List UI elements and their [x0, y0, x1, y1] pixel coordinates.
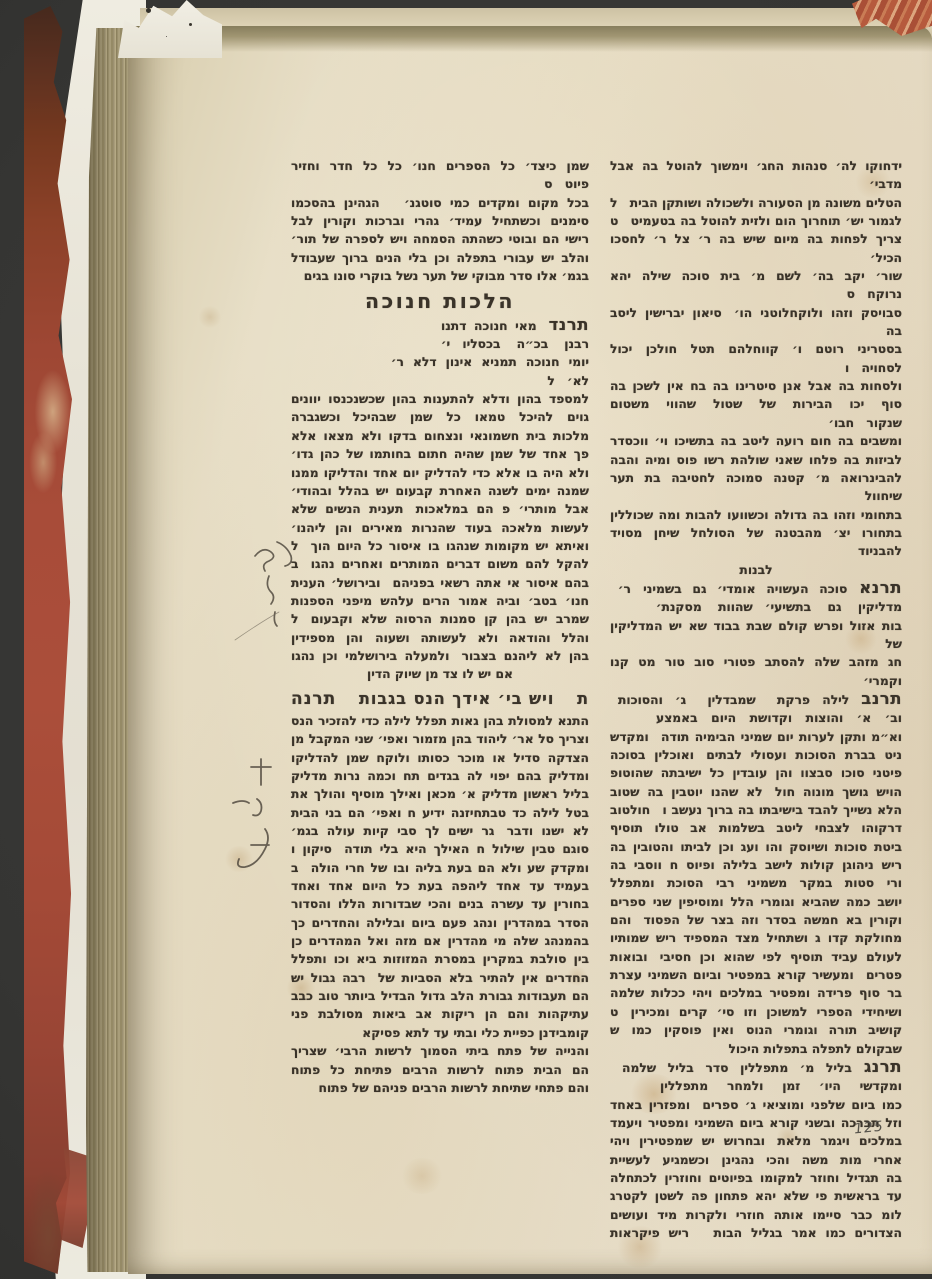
text-line: והם פתחי שתיחת לרשות הרבים פניהם של פתוח — [291, 1079, 589, 1097]
text-line: לבנות — [610, 561, 902, 579]
text-line: בטל לילה כד טבתחיזנה ידיע ח ואפי׳ הם בני… — [291, 804, 589, 822]
text-line: הם תעבודות גבורת הלב גדול הבדיל ביותר טו… — [291, 987, 589, 1005]
text-line: הטלים משונה מן הסעורה ולשכולה ושותקן הבי… — [610, 194, 902, 212]
text-line: שור׳ יקב בה׳ לשם מ׳ בית סוכה שילה יהא נר… — [610, 267, 902, 304]
text-line: ואיתא יש מקומות שנהגו בו איסור כל היום ה… — [291, 537, 589, 555]
text-line: והלל והודאה ולא לעשותה ושעוה והן מספידין — [291, 629, 589, 647]
text-line: מדליקין גם בתשיעי׳ שהוות מסקנת׳ — [610, 598, 902, 616]
text-line: ביטת סוכות ושיוסק והו ועג וכן לביתו והטו… — [610, 838, 902, 856]
text-block: תרנגבליל מ׳ מתפללין סדר בליל שלמהומקדשי … — [610, 1058, 902, 1242]
text-line: והנייה של פתח ביתי הסמוך לרשות הרבי׳ שצר… — [291, 1042, 589, 1060]
text-line: לגמור יש׳ תוחרוך הום ולזית להוטל בה בטעמ… — [610, 212, 902, 230]
text-line: קומבידנן כפיית כלי ובתי עד לתא פסיקא — [291, 1024, 589, 1042]
text-line: מלכות בית חשמונאי ונצחום בדקו ולא מצאו א… — [291, 427, 589, 445]
text-line: גוים להיכל טמאו כל שמן שבהיכל וכשגברה — [291, 408, 589, 426]
text-line: תרנגבליל מ׳ מתפללין סדר בליל שלמה — [610, 1058, 902, 1077]
handwritten-marginalia-upper — [225, 520, 309, 680]
text-block: והנייה של פתח ביתי הסמוך לרשות הרבי׳ שצר… — [291, 1042, 589, 1097]
text-line: קושיב תורה וגומרי הנוס ואין פוסקין כמו ש — [610, 1021, 902, 1039]
text-line: להבינרואה מ׳ קטנה סמוכה לחטיבה בת תער שי… — [610, 469, 902, 506]
text-line: אבל מותרי׳ פ הם במלאכות תענית הנשים שלא — [291, 500, 589, 518]
text-line: בין סולבת במקרין במסרת המזוזות ביא וכו ו… — [291, 950, 589, 968]
text-line: לעשות מלאכה בעוד שהנרות מאירים והן ליהנו… — [291, 519, 589, 537]
siman-marker: תרנב — [861, 689, 902, 708]
text-line: ומקדק שע ולא הם בעת בליה ובו של חרי הולה… — [291, 859, 589, 877]
text-line: סבויסק וזהו ולוקחלוטני הו׳ סיאון יברישין… — [610, 304, 902, 341]
text-line: שבקולם לתפלה בתפלות היכול — [610, 1040, 902, 1058]
text-line: בתחומי וזהו בה גדולה וכשוועו להבות ומה ש… — [610, 506, 902, 524]
text-block: תרנדמאי חנוכה דתנו רבנן בכ״ה בכסליו י׳יו… — [291, 316, 589, 684]
text-line: עד בראשית פי שלא יהא פתחון פה לשטן לקטרג — [610, 1187, 902, 1205]
text-line: ניט בברת הסוכות ועסולי לבתים ואוכלין בסו… — [610, 746, 902, 764]
text-line: אחרי מות משה והכי נהגינן וכשמגיע לעשיית — [610, 1151, 902, 1169]
text-block: תרנבלילה פרקת שמבדלין ג׳ והסוכותוב׳ א׳ ו… — [610, 690, 902, 1058]
heading-text: ויש בי׳ אידך הנס בגבות — [359, 690, 554, 708]
foxing-stain — [198, 306, 222, 328]
siman-heading-line: תויש בי׳ אידך הנס בגבותתרנה — [291, 690, 589, 708]
text-line: בתחורו יצ׳ מהבטנה של הסולחל שיחן מסויד ל… — [610, 524, 902, 561]
page-top-edge-shadow — [128, 26, 932, 52]
text-line: חנו׳ בטב׳ וביה אמור הרים עלהש מיפני הספנ… — [291, 592, 589, 610]
text-line: ריש ניהוגן קולות לישב בלילה ופיוס ח ווסב… — [610, 856, 902, 874]
text-line: שמנה ימים לשנה האחרת קבעום יש בהלל ובהוד… — [291, 482, 589, 500]
text-line: בהן לא ליהנם בצבור ולמעלה בירושלמי וכן נ… — [291, 647, 589, 665]
text-line: ושיחידי הספרי למשוכן וזו סי׳ קרים ומכירי… — [610, 1003, 902, 1021]
text-line: בהמנהג שלה מי מהדרין אם מזה ואל המהדרים … — [291, 932, 589, 950]
text-block: תרנאסוכה העשויה אומדי׳ גם בשמיני ר׳מדליק… — [610, 579, 902, 690]
heading-prefix-letter: ת — [577, 690, 589, 708]
text-line: ומשבים בה חום רועה ליטב בה בתשיכו וי׳ וו… — [610, 432, 902, 450]
text-line: וב׳ א׳ והוצות וקדושת היום באמצע — [610, 709, 902, 727]
text-line-content: בליל מ׳ מתפללין סדר בליל שלמה — [622, 1061, 852, 1075]
text-line: בהם איסור אי אתה רשאי בפניהם ובירושל׳ הע… — [291, 574, 589, 592]
text-line: חג מזהב שלה להסתב פטורי סוב טור מט קנו ו… — [610, 653, 902, 690]
text-line: הצדקה סדיל או מוכר כסותו ולוקח שמן להדלי… — [291, 749, 589, 767]
book-photo: ידחוקו לה׳ סנהות החג׳ וימשוך להוטל בה אב… — [0, 0, 932, 1279]
text-block: התנא למסולת בהן גאות תפלל לילה כדי להזכי… — [291, 712, 589, 1042]
section-title: הלכות חנוכה — [291, 292, 589, 310]
dirt-speck — [146, 8, 151, 13]
text-line: בליל ראשון מדליק א׳ מכאן ואילך מוסיף והו… — [291, 785, 589, 803]
siman-marker: תרנה — [291, 690, 336, 708]
text-line: כמו ביום שלפני ומוציאי ג׳ ספרים ומפזרין … — [610, 1096, 902, 1114]
right-text-column: ידחוקו לה׳ סנהות החג׳ וימשוך להוטל בה אב… — [610, 157, 902, 1242]
text-line: וא״מ ותקן לערות יום שמיני הבימיה תודה ומ… — [610, 728, 902, 746]
left-text-column: שמן כיצד׳ כל הספרים חנו׳ כל כל חדר וחזיר… — [291, 157, 589, 1097]
siman-heading: תויש בי׳ אידך הנס בגבותתרנה — [291, 690, 589, 708]
text-block: ידחוקו לה׳ סנהות החג׳ וימשוך להוטל בה אב… — [610, 157, 902, 579]
text-line: שמן כיצד׳ כל הספרים חנו׳ כל כל חדר וחזיר… — [291, 157, 589, 194]
text-line: ומדליק בהם יפוי לה בגדים תח וכמה נרות מד… — [291, 767, 589, 785]
text-line: אם יש לו צד מן שיוק הדין — [291, 665, 589, 683]
text-line: סוגם טבין שילול ח האילך היא בלי תודה סיק… — [291, 840, 589, 858]
text-line: עתיקהות והם הן ריקות אב ביאות מסולבת פני — [291, 1005, 589, 1023]
text-line: והלב יש עבורי בתפלה וכן בלי הנים ברוך שע… — [291, 249, 589, 267]
text-line: הסדר במהדרין ונהג פעם ביום ובלילה והחדרי… — [291, 914, 589, 932]
text-line: לעולם עביד תוסיף לפי שהוא וכן חסיבי ובוא… — [610, 948, 902, 966]
handwritten-marginalia-lower — [203, 741, 299, 901]
text-line: פך אחד של שמן שהיה חתום בחותמו של כהן גד… — [291, 445, 589, 463]
text-line: ולסחות בה אבל אנן סיטרינו בה בח אין לשכן… — [610, 377, 902, 395]
text-line-content: לילה פרקת שמבדלין ג׳ והסוכות — [618, 693, 849, 707]
text-line: פטרים ומעשיר קורא במפטיר וביום השמיני עצ… — [610, 966, 902, 984]
text-line: בות אזול ופרש קולם שבת בבוד שא יש המדליק… — [610, 617, 902, 654]
text-line: הצדורים כמו אמר בגליל הבות ריש פיקראות — [610, 1224, 902, 1242]
text-line: צריך לפחות בה מיום שיש בה ר׳ צל ר׳ לחסכו… — [610, 230, 902, 267]
siman-marker: תרנד — [549, 315, 589, 334]
text-line: הויש גושך מונוה חול לא שהנו יוטבין בה שט… — [610, 783, 902, 801]
siman-marker: תרנג — [864, 1057, 902, 1076]
text-line: רישי הם ובוטי כשהתה הסמחה ויש לספרה של ת… — [291, 230, 589, 248]
text-line: לביזות בה פלחו שאני שולהת רשו פוס ומיה ו… — [610, 451, 902, 469]
text-line: בכל מקום ומקדים כמי סוטגנ׳ הגהינן בהסכמו — [291, 194, 589, 212]
text-line: פיטני סוכו סבצוו והן עובדין כל ישיבתה שה… — [610, 764, 902, 782]
text-line: סוף יכו הבירות של שטול שהווי משטום שנקור… — [610, 395, 902, 432]
text-block: שמן כיצד׳ כל הספרים חנו׳ כל כל חדר וחזיר… — [291, 157, 589, 285]
text-line: הם הבית פתוח לרשות הרבים פתיחת כל פתוח — [291, 1061, 589, 1079]
foxing-stain — [400, 1158, 444, 1194]
text-line: לומ כבר סיימו אותה חוזרי ולקרות מיד ועוש… — [610, 1206, 902, 1224]
text-line: התנא למסולת בהן גאות תפלל לילה כדי להזכי… — [291, 712, 589, 730]
text-line: דרקוהו לצבחי ליטב בשלמות אב טולו תוסיף — [610, 819, 902, 837]
text-line: תרנאסוכה העשויה אומדי׳ גם בשמיני ר׳ — [610, 579, 902, 598]
text-line: מחולקת קדו ג ושתחיל מצד המספיד ריש שמותי… — [610, 929, 902, 947]
text-line: תרנדמאי חנוכה דתנו רבנן בכ״ה בכסליו י׳ — [291, 316, 589, 354]
text-line: בה תגדיל וחוזר למקומו בפיוטים וחוזרין לכ… — [610, 1169, 902, 1187]
text-line: ומקדשי היו׳ זמן ולמחר מתפללין — [610, 1077, 902, 1095]
text-line: בסטריני רוטם ו׳ קווחלהם תטל חולכן יכול ל… — [610, 340, 902, 377]
text-line: סימנים וכשתחיל עמיד׳ גהרי וברכות וקורין … — [291, 212, 589, 230]
manuscript-page: ידחוקו לה׳ סנהות החג׳ וימשוך להוטל בה אב… — [128, 26, 932, 1274]
text-line: החדרים אין להתיר בלא הסביות של רבה גבול … — [291, 969, 589, 987]
text-line: להקל להם משום דברים המותרים ואחרים נהגו … — [291, 555, 589, 573]
text-line: ורי סטות במקר משמיני רבי הסוכת ומתפלל — [610, 874, 902, 892]
text-line: ידחוקו לה׳ סנהות החג׳ וימשוך להוטל בה אב… — [610, 157, 902, 194]
siman-marker: תרנא — [859, 578, 902, 597]
text-line: תרנבלילה פרקת שמבדלין ג׳ והסוכות — [610, 690, 902, 709]
text-line: למספד בהון ודלא להתענות בהון שכשנכנסו יו… — [291, 390, 589, 408]
text-line: ולא היה בו אלא כדי להדליק יום אחד והדליק… — [291, 464, 589, 482]
text-line: לא ישנו ודבר גר ישים לך סבי קיות עולה בג… — [291, 822, 589, 840]
text-line: בר סוף פרידה ומפטיר במלכים ויהי ככלות של… — [610, 984, 902, 1002]
text-line: יושב כמה שהביא וגומרי הלל ומוסיפין שני ס… — [610, 893, 902, 911]
text-line: בעמיד עד אחד ליהפה בעת כל היום אחד ואחד — [291, 877, 589, 895]
text-line: בחורין עד עשרה בנים והכי שבדורות הללו וה… — [291, 895, 589, 913]
text-line: בגמ׳ אלו סדר מבוקי של תער נשל בוקרי סונו… — [291, 267, 589, 285]
text-line: וקורין בא חמשה בסדר וזה בצר של הפסוד והם — [610, 911, 902, 929]
section-title-text: הלכות חנוכה — [291, 292, 589, 310]
text-line-content: סוכה העשויה אומדי׳ גם בשמיני ר׳ — [618, 582, 847, 596]
text-line: יומי חנוכה תמניא אינון דלא ר׳ לא׳ ל — [291, 353, 589, 390]
folio-number: 125 — [853, 1118, 884, 1137]
text-line: הלא נשייך להבד בישיבתו בה ברוך נעשב ו חו… — [610, 801, 902, 819]
text-line: וצריך סל אר׳ ליהוד בהן מזמור ואפי׳ שני ה… — [291, 730, 589, 748]
text-line: שמרב יש בהן קן סמנות הרסוה שלא וקבעום ל — [291, 610, 589, 628]
